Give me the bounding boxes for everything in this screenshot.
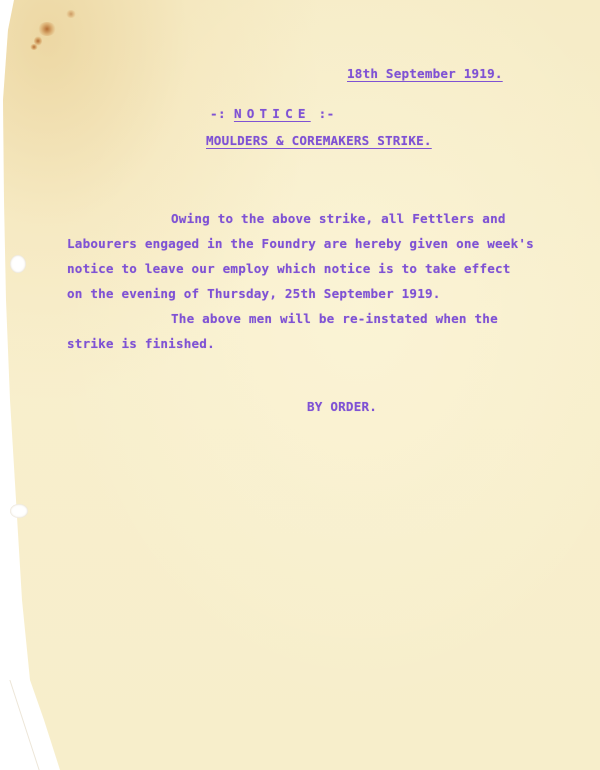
rust-stain bbox=[38, 22, 56, 36]
signature-by-order: BY ORDER. bbox=[307, 399, 377, 414]
paragraph-1-line-4: on the evening of Thursday, 25th Septemb… bbox=[67, 286, 441, 301]
document-date: 18th September 1919. bbox=[347, 66, 503, 81]
rust-stain bbox=[66, 10, 76, 18]
scanned-document: 18th September 1919. -: NOTICE :- MOULDE… bbox=[0, 0, 600, 770]
paragraph-1-line-1: Owing to the above strike, all Fettlers … bbox=[171, 211, 506, 226]
paragraph-2-line-2: strike is finished. bbox=[67, 336, 215, 351]
notice-subject: MOULDERS & COREMAKERS STRIKE. bbox=[206, 133, 432, 148]
paragraph-1-line-2: Labourers engaged in the Foundry are her… bbox=[67, 236, 534, 251]
notice-word: NOTICE bbox=[234, 106, 311, 121]
paragraph-1-line-3: notice to leave our employ which notice … bbox=[67, 261, 511, 276]
paragraph-2-line-1: The above men will be re-instated when t… bbox=[171, 311, 498, 326]
rust-stain bbox=[30, 44, 38, 50]
notice-heading: -: NOTICE :- bbox=[210, 106, 335, 121]
punch-hole-top bbox=[10, 255, 26, 273]
punch-hole-bottom bbox=[10, 504, 28, 518]
notice-suffix: :- bbox=[311, 106, 335, 121]
notice-prefix: -: bbox=[210, 106, 234, 121]
